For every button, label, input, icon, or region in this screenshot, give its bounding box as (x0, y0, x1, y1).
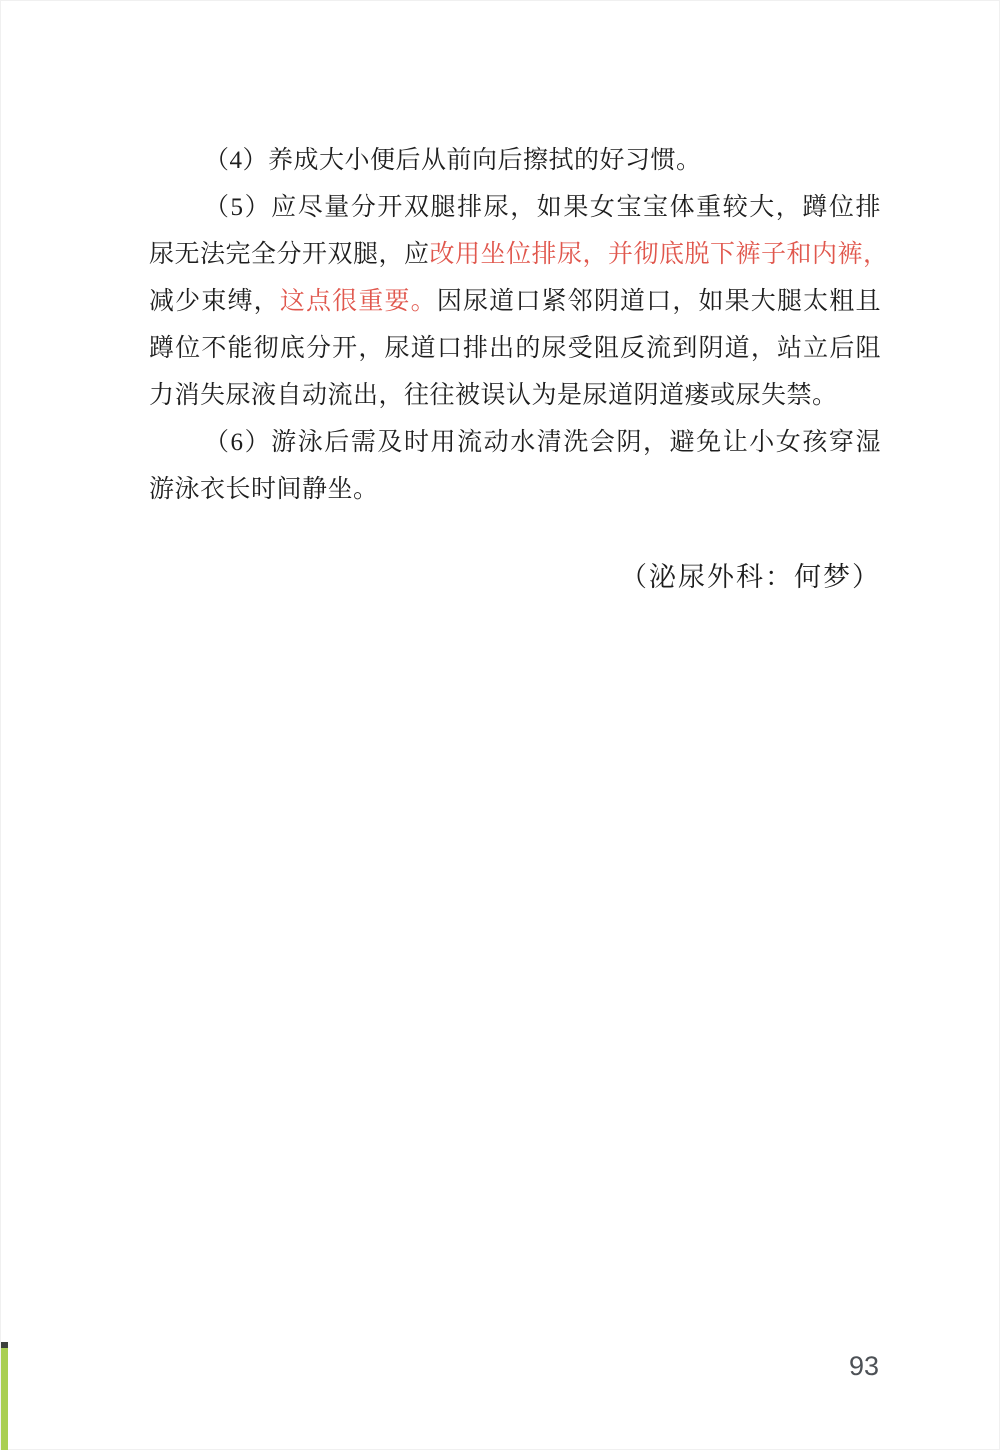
document-body: （4）养成大小便后从前向后擦拭的好习惯。（5）应尽量分开双腿排尿，如果女宝宝体重… (149, 137, 881, 594)
page-edge-accent-bar (1, 1342, 8, 1450)
body-text: （5）应尽量分开双腿排尿，如果女宝宝体重较大，蹲位排 (204, 194, 881, 221)
text-line: 游泳衣长时间静坐。 (149, 466, 881, 513)
page-number: 93 (849, 1351, 899, 1382)
accent-bar-green-stem (1, 1348, 8, 1450)
text-line: （4）养成大小便后从前向后擦拭的好习惯。 (149, 137, 881, 184)
body-text: 力消失尿液自动流出，往往被误认为是尿道阴道瘘或尿失禁。 (149, 382, 838, 409)
body-text: 减少束缚， (149, 288, 280, 315)
body-text: （4）养成大小便后从前向后擦拭的好习惯。 (204, 147, 702, 174)
body-text: 蹲位不能彻底分开，尿道口排出的尿受阻反流到阴道，站立后阻 (149, 335, 881, 362)
text-line: 蹲位不能彻底分开，尿道口排出的尿受阻反流到阴道，站立后阻 (149, 325, 881, 372)
signature-line: （泌尿外科：何梦） (149, 555, 881, 594)
highlighted-text: 改用坐位排尿，并彻底脱下裤子和内裤， (430, 241, 889, 268)
body-text: （6）游泳后需及时用流动水清洗会阴，避免让小女孩穿湿 (204, 429, 881, 456)
body-text: 尿无法完全分开双腿，应 (149, 241, 430, 268)
text-line: 尿无法完全分开双腿，应改用坐位排尿，并彻底脱下裤子和内裤， (149, 231, 881, 278)
text-line: 力消失尿液自动流出，往往被误认为是尿道阴道瘘或尿失禁。 (149, 372, 881, 419)
text-line: 减少束缚，这点很重要。因尿道口紧邻阴道口，如果大腿太粗且 (149, 278, 881, 325)
body-text: 因尿道口紧邻阴道口，如果大腿太粗且 (437, 288, 881, 315)
document-page: （4）养成大小便后从前向后擦拭的好习惯。（5）应尽量分开双腿排尿，如果女宝宝体重… (0, 0, 1000, 1450)
text-line: （5）应尽量分开双腿排尿，如果女宝宝体重较大，蹲位排 (149, 184, 881, 231)
paragraphs-container: （4）养成大小便后从前向后擦拭的好习惯。（5）应尽量分开双腿排尿，如果女宝宝体重… (149, 137, 881, 513)
text-line: （6）游泳后需及时用流动水清洗会阴，避免让小女孩穿湿 (149, 419, 881, 466)
highlighted-text: 这点很重要。 (280, 288, 437, 315)
body-text: 游泳衣长时间静坐。 (149, 476, 379, 503)
